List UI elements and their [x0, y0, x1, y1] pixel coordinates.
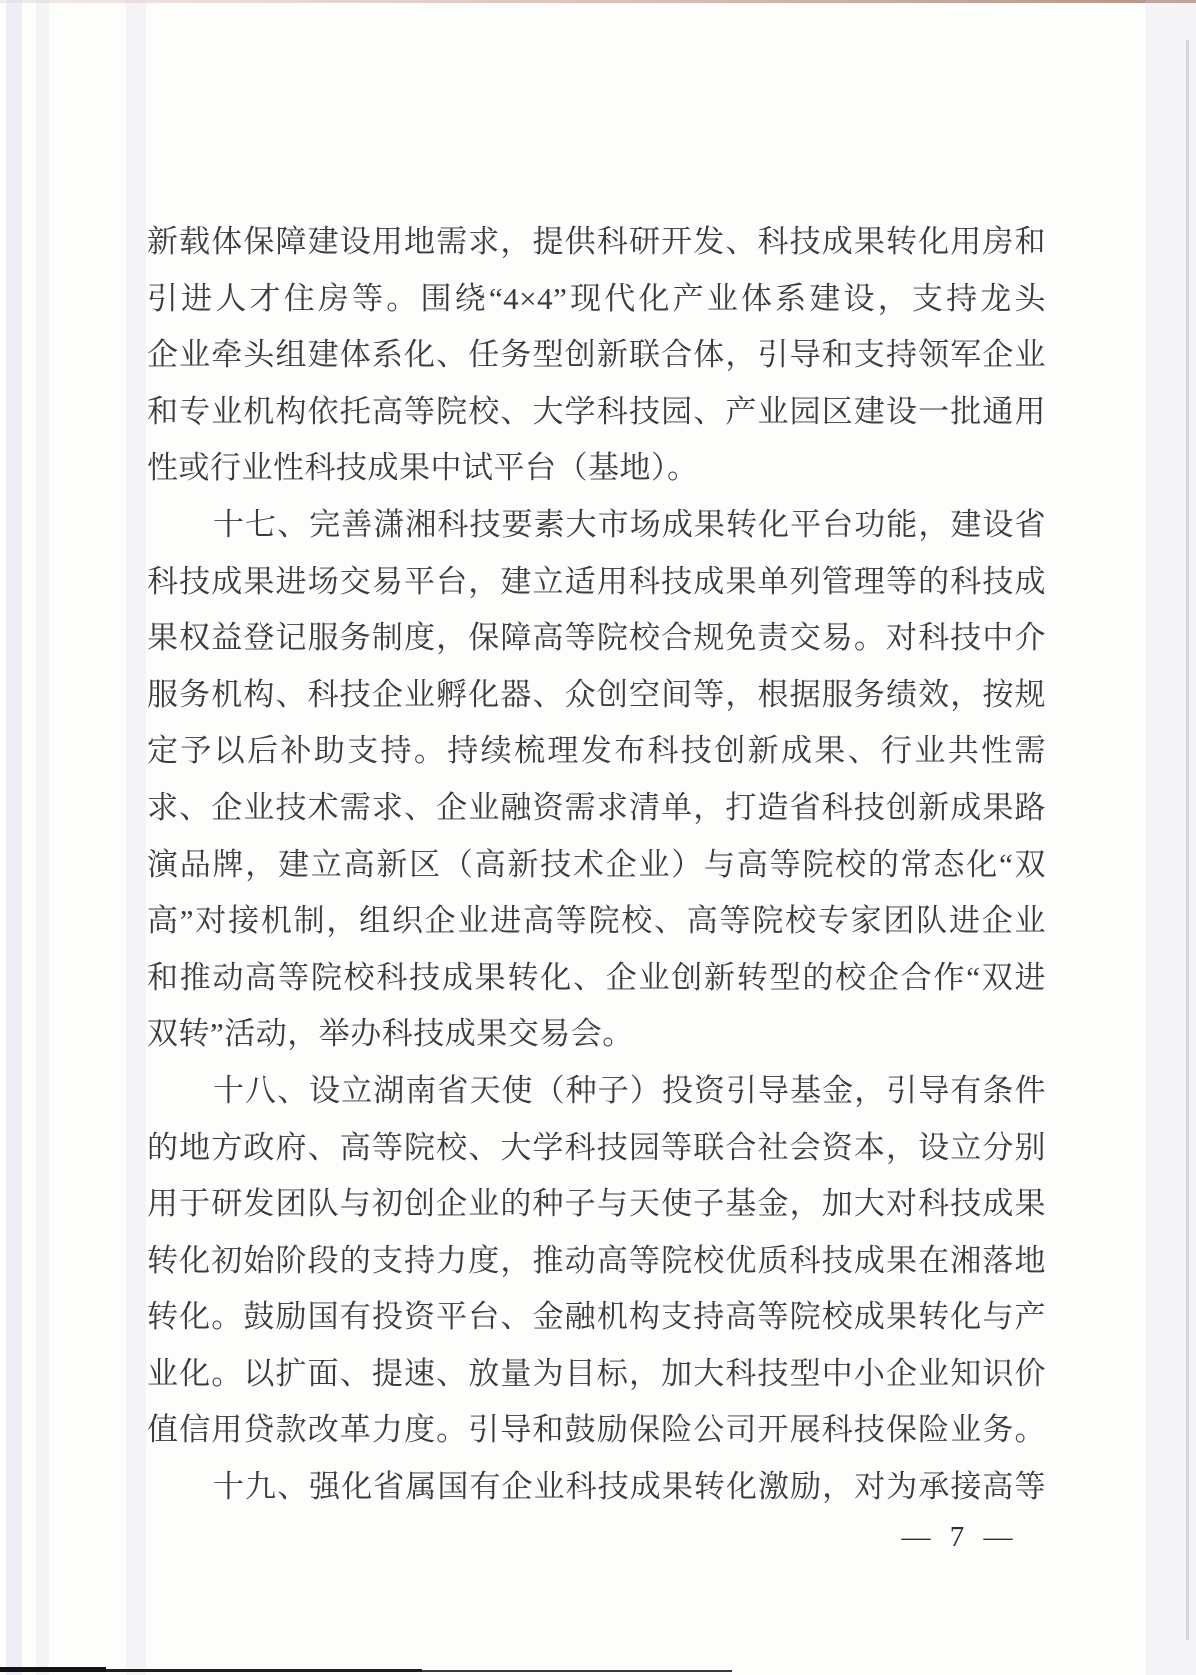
- text-line: 十七、完善潇湘科技要素大市场成果转化平台功能，建设省: [147, 497, 1046, 554]
- text-line: 求、企业技术需求、企业融资需求清单，打造省科技创新成果路: [147, 780, 1046, 837]
- text-line: 服务机构、科技企业孵化器、众创空间等，根据服务绩效，按规: [147, 667, 1046, 724]
- text-line: 值信用贷款改革力度。引导和鼓励保险公司开展科技保险业务。: [147, 1402, 1046, 1459]
- text-line: 定予以后补助支持。持续梳理发布科技创新成果、行业共性需: [147, 723, 1046, 780]
- scanned-page: 新载体保障建设用地需求，提供科研开发、科技成果转化用房和引进人才住房等。围绕“4…: [0, 0, 1196, 1675]
- text-line: 果权益登记服务制度，保障高等院校合规免责交易。对科技中介: [147, 610, 1046, 667]
- scan-artifact-left-streak: [126, 0, 146, 1675]
- scan-artifact-bottom-bar: [0, 1667, 106, 1672]
- text-line: 十九、强化省属国有企业科技成果转化激励，对为承接高等: [147, 1459, 1046, 1516]
- scan-artifact-bottom-bar: [106, 1669, 422, 1672]
- text-line: 新载体保障建设用地需求，提供科研开发、科技成果转化用房和: [147, 214, 1046, 271]
- text-line: 性或行业性科技成果中试平台（基地）。: [147, 440, 1046, 497]
- text-line: 用于研发团队与初创企业的种子与天使子基金，加大对科技成果: [147, 1176, 1046, 1233]
- text-line: 高”对接机制，组织企业进高等院校、高等院校专家团队进企业: [147, 893, 1046, 950]
- text-line: 和推动高等院校科技成果转化、企业创新转型的校企合作“双进: [147, 950, 1046, 1007]
- text-line: 的地方政府、高等院校、大学科技园等联合社会资本，设立分别: [147, 1120, 1046, 1177]
- text-line: 业化。以扩面、提速、放量为目标，加大科技型中小企业知识价: [147, 1346, 1046, 1403]
- text-line: 和专业机构依托高等院校、大学科技园、产业园区建设一批通用: [147, 384, 1046, 441]
- document-text: 新载体保障建设用地需求，提供科研开发、科技成果转化用房和引进人才住房等。围绕“4…: [147, 214, 1046, 1516]
- text-line: 演品牌，建立高新区（高新技术企业）与高等院校的常态化“双: [147, 837, 1046, 894]
- text-line: 转化。鼓励国有投资平台、金融机构支持高等院校成果转化与产: [147, 1289, 1046, 1346]
- page-number: — 7 —: [880, 1512, 1040, 1562]
- text-line: 企业牵头组建体系化、任务型创新联合体，引导和支持领军企业: [147, 327, 1046, 384]
- text-line: 科技成果进场交易平台，建立适用科技成果单列管理等的科技成: [147, 554, 1046, 611]
- scan-artifact-bottom-bar: [422, 1670, 732, 1672]
- scan-artifact-top-edge: [0, 0, 1196, 3]
- scan-artifact-right-line: [1186, 40, 1189, 1640]
- text-line: 十八、设立湖南省天使（种子）投资引导基金，引导有条件: [147, 1063, 1046, 1120]
- scan-artifact-left-streak: [6, 0, 22, 1675]
- text-line: 转化初始阶段的支持力度，推动高等院校优质科技成果在湘落地: [147, 1233, 1046, 1290]
- scan-artifact-left-streak: [36, 0, 49, 1675]
- text-line: 引进人才住房等。围绕“4×4”现代化产业体系建设，支持龙头: [147, 271, 1046, 328]
- text-line: 双转”活动，举办科技成果交易会。: [147, 1006, 1046, 1063]
